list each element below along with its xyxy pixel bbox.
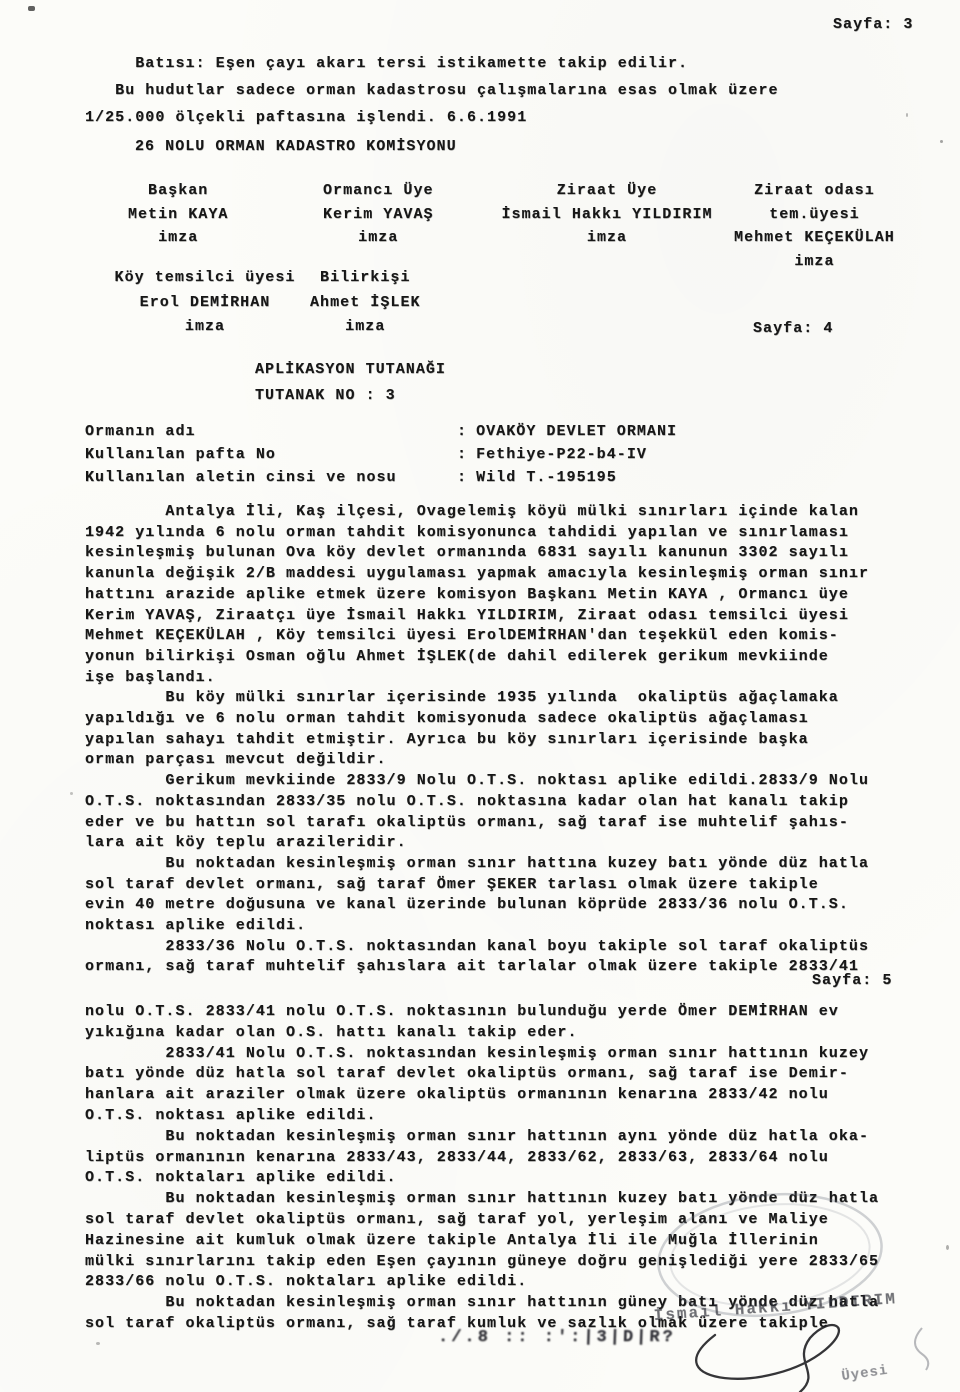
typescript-line: işe başlandı. [85,668,869,689]
field-value: Wild T.-195195 [476,466,617,489]
page-number-5: Sayfa: 5 [812,972,892,989]
typescript-line: yapıldığı ve 6 nolu orman tahdit komisyo… [85,709,869,730]
typescript-line: noktası aplike edildi. [85,916,869,937]
field-value: OVAKÖY DEVLET ORMANI [476,420,677,443]
commission-member: Köy temsilci üyesi Erol DEMİRHAN imza [100,266,310,340]
typescript-line: ormanı, sağ taraf muhtelif şahıslara ait… [85,957,869,978]
typescript-line: O.T.S. noktaları aplike edildi. [85,1168,879,1189]
typescript-line: 2833/36 Nolu O.T.S. noktasından kanal bo… [85,937,869,958]
handwritten-signature [696,1325,839,1392]
member-name: Ahmet İŞLEK [310,291,421,316]
field-label: Kullanılan pafta No [85,443,457,466]
ink-speck [70,792,73,795]
typescript-line: yonun bilirkişi Osman oğlu Ahmet İŞLEK(d… [85,647,869,668]
member-imza: imza [256,226,500,250]
member-imza: imza [310,315,421,340]
typescript-line: Bu hudutlar sadece orman kadastrosu çalı… [85,77,779,104]
field-label: Kullanılan aletin cinsi ve nosu [85,466,457,489]
field-value: Fethiye-P22-b4-IV [476,443,647,466]
typescript-line: nolu O.T.S. 2833/41 nolu O.T.S. noktasın… [85,1002,879,1023]
stamp-role-text: Üyesi [840,1362,889,1385]
stamp-squiggle [915,1328,928,1370]
scanned-document-page: Sayfa: 3 Batısı: Eşen çayı akarı tersi i… [0,0,960,1392]
typescript-line: Bu noktadan kesinleşmiş orman sınır hatt… [85,1127,879,1148]
tutanak-field-row: Kullanılan pafta No : Fethiye-P22-b4-IV [85,443,677,466]
tutanak-field-row: Kullanılan aletin cinsi ve nosu : Wild T… [85,466,677,489]
member-name: Erol DEMİRHAN [100,291,310,316]
ink-speck [946,1245,949,1250]
typescript-line: lara ait köy teplu arazileridir. [85,833,869,854]
member-imza: imza [100,226,256,250]
typescript-line: yıkığına kadar olan O.S. hattı kanalı ta… [85,1023,879,1044]
typescript-line: O.T.S. noktası aplike edildi. [85,1106,879,1127]
typescript-line: 2833/41 Nolu O.T.S. noktasından kesinleş… [85,1044,879,1065]
commission-member: Ziraat Üye İsmail Hakkı YILDIRIM imza [500,179,714,273]
typescript-line: Gerikum mevkiinde 2833/9 Nolu O.T.S. nok… [85,771,869,792]
typescript-line: 1/25.000 ölçekli paftasına işlendi. 6.6.… [85,104,779,131]
ink-speck [940,140,943,143]
typescript-line: Bu noktadan kesinleşmiş orman sınır hatt… [85,854,869,875]
ink-speck [28,6,35,11]
ink-speck [96,1342,100,1345]
typescript-line: Antalya İli, Kaş ilçesi, Ovagelemiş köyü… [85,502,869,523]
typescript-line: 2833/66 nolu O.T.S. noktaları aplike edi… [85,1272,879,1293]
commission-member: Ormancı Üye Kerim YAVAŞ imza [256,179,500,273]
typescript-line: hanlara ait araziler olmak üzere okalipt… [85,1085,879,1106]
member-imza: imza [100,315,310,340]
typescript-line: liptüs ormanının kenarına 2833/43, 2833/… [85,1148,879,1169]
member-name: İsmail Hakkı YILDIRIM [500,203,714,227]
typescript-line: hattını arazide aplike etmek üzere komis… [85,585,869,606]
member-role: Ziraat odası tem.üyesi [714,179,915,226]
typescript-line: eder ve bu hattın sol tarafı okaliptüs o… [85,813,869,834]
typescript-line: Bu köy mülki sınırlar içerisinde 1935 yı… [85,688,869,709]
typescript-line: Batısı: Eşen çayı akarı tersi istikamett… [85,50,779,77]
typescript-line: sol taraf devlet okaliptüs ormanı, sağ t… [85,1210,879,1231]
typescript-line: Bu noktadan kesinleşmiş orman sınır hatt… [85,1293,879,1314]
page-number-4: Sayfa: 4 [753,320,833,337]
field-separator: : [457,466,467,489]
typescript-line: Kerim YAVAŞ, Ziraatçı üye İsmail Hakkı Y… [85,606,869,627]
typescript-line: kesinleşmiş bulunan Ova köy devlet orman… [85,543,869,564]
commission-member: Ziraat odası tem.üyesi Mehmet KEÇEKÜLAH … [714,179,915,273]
member-imza: imza [714,250,915,274]
tutanak-no: TUTANAK NO : 3 [255,383,446,409]
member-role: Ziraat Üye [500,179,714,203]
member-role: Ormancı Üye [256,179,500,203]
tutanak-field-row: Ormanın adı : OVAKÖY DEVLET ORMANI [85,420,677,443]
page-number-3: Sayfa: 3 [833,16,913,33]
typescript-line: Bu noktadan kesinleşmiş orman sınır hatt… [85,1189,879,1210]
secondary-signature-block: Köy temsilci üyesi Erol DEMİRHAN imza Bi… [100,266,421,340]
tutanak-title: APLİKASYON TUTANAĞI [255,357,446,383]
ink-speck [906,113,908,117]
typescript-line: batı yönde düz hatla sol taraf devlet ok… [85,1064,879,1085]
typescript-line: Mehmet KEÇEKÜLAH , Köy temsilci üyesi Er… [85,626,869,647]
typescript-line: kanunla değişik 2/B maddesi uygulaması y… [85,564,869,585]
typescript-line: yapılan sahayı tahdit etmiştir. Ayrıca b… [85,730,869,751]
typescript-line: orman parçası mevcut değildir. [85,750,869,771]
typescript-line: 1942 yılında 6 nolu orman tahdit komisyo… [85,523,869,544]
typescript-line: evin 40 metre doğusuna ve kanal üzerinde… [85,895,869,916]
typescript-line: mülki sınırlarını takip eden Eşen çayını… [85,1252,879,1273]
typescript-body-part1: Antalya İli, Kaş ilçesi, Ovagelemiş köyü… [85,502,869,978]
member-name: Metin KAYA [100,203,256,227]
member-role: Bilirkişi [310,266,421,291]
field-separator: : [457,443,467,466]
tutanak-heading: APLİKASYON TUTANAĞI TUTANAK NO : 3 [255,357,446,409]
member-imza: imza [500,226,714,250]
intro-paragraph: Batısı: Eşen çayı akarı tersi istikamett… [85,50,779,131]
commission-title: 26 NOLU ORMAN KADASTRO KOMİSYONU [135,138,457,155]
member-role: Köy temsilci üyesi [100,266,310,291]
commission-signature-block: Başkan Metin KAYA imza Ormancı Üye Kerim… [100,179,915,273]
typescript-line: sol taraf devlet ormanı, sağ taraf Ömer … [85,875,869,896]
overstrike-smudge: ./.8 :: :':|3|D|R? [438,1328,676,1347]
member-role: Başkan [100,179,256,203]
member-name: Mehmet KEÇEKÜLAH [714,226,915,250]
commission-member: Başkan Metin KAYA imza [100,179,256,273]
commission-member: Bilirkişi Ahmet İŞLEK imza [310,266,421,340]
field-label: Ormanın adı [85,420,457,443]
typescript-line: O.T.S. noktasından 2833/35 nolu O.T.S. n… [85,792,869,813]
typescript-line: Hazinesine ait kumluk olmak üzere takipl… [85,1231,879,1252]
member-name: Kerim YAVAŞ [256,203,500,227]
field-separator: : [457,420,467,443]
typescript-body-part2: nolu O.T.S. 2833/41 nolu O.T.S. noktasın… [85,1002,879,1335]
tutanak-fields: Ormanın adı : OVAKÖY DEVLET ORMANI Kulla… [85,420,677,489]
